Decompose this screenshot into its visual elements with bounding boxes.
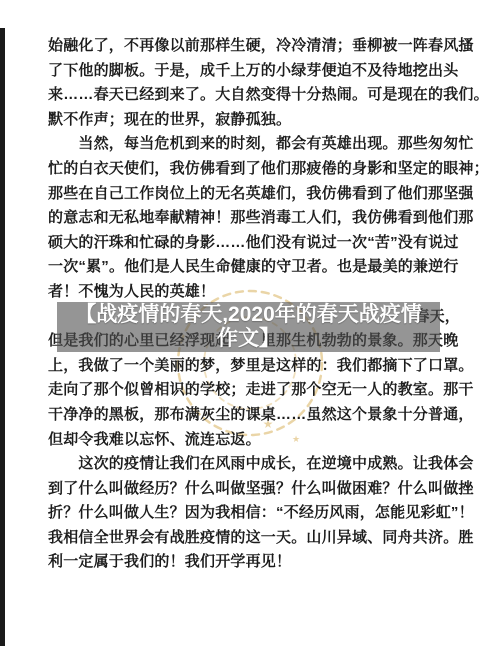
article-line: 走向了那个似曾相识的学校；走进了那个空无一人的教室。那干 (48, 378, 460, 403)
article-line: 上，我做了一个美丽的梦，梦里是这样的：我们都摘下了口罩。 (48, 354, 460, 379)
article-line: 默不作声；现在的世界，寂静孤独。 (48, 108, 460, 133)
title-line-2: 作文】 (217, 327, 280, 351)
title-line-1: 【战疫情的春天,2020年的春天战疫情 (75, 303, 422, 327)
article-line: 硕大的汗珠和忙碌的身影……他们没有说过一次“苦”没有说过 (48, 231, 460, 256)
title-overlay-banner: 【战疫情的春天,2020年的春天战疫情 作文】 (57, 302, 440, 352)
article-line: 的意志和无私地奉献精神！那些消毒工人们，我仿佛看到他们那 (48, 206, 460, 231)
article-line: 来……春天已经到来了。大自然变得十分热闹。可是现在的我们。 (48, 83, 460, 108)
article-line: 利一定属于我们的！我们开学再见！ (48, 550, 460, 575)
article-line: 但却令我难以忘怀、流连忘返。 (48, 428, 460, 453)
article-line: 当然，每当危机到来的时刻，都会有英雄出现。那些匆匆忙 (48, 132, 460, 157)
article-line: 那些在自己工作岗位上的无名英雄们，我仿佛看到了他们那坚强 (48, 182, 460, 207)
article-line: 始融化了，不再像以前那样生硬，冷冷清清；垂柳被一阵春风搔 (48, 34, 460, 59)
article-line: 我相信全世界会有战胜疫情的这一天。山川异域、同舟共济。胜 (48, 526, 460, 551)
document-page: ★ ★ 始融化了，不再像以前那样生硬，冷冷清清；垂柳被一阵春风搔了下他的脚板。于… (0, 0, 500, 666)
article-line: 干净净的黑板，那布满灰尘的课桌……虽然这个景象十分普通， (48, 403, 460, 428)
article-line: 这次的疫情让我们在风雨中成长，在逆境中成熟。让我体会 (48, 452, 460, 477)
article-line: 折？什么叫做人生？因为我相信：“不经历风雨，怎能见彩虹”！ (48, 501, 460, 526)
article-line: 到了什么叫做经历？什么叫做坚强？什么叫做困难？什么叫做挫 (48, 477, 460, 502)
article-line: 一次“累”。他们是人民生命健康的守卫者。也是最美的兼逆行 (48, 255, 460, 280)
left-edge-bar (0, 28, 5, 646)
article-line: 了下他的脚板。于是，成千上万的小绿芽便迫不及待地挖出头 (48, 59, 460, 84)
article-line: 忙的白衣天使们，我仿佛看到了他们那疲倦的身影和坚定的眼神； (48, 157, 460, 182)
article-line: 者！不愧为人民的英雄！ (48, 280, 460, 305)
